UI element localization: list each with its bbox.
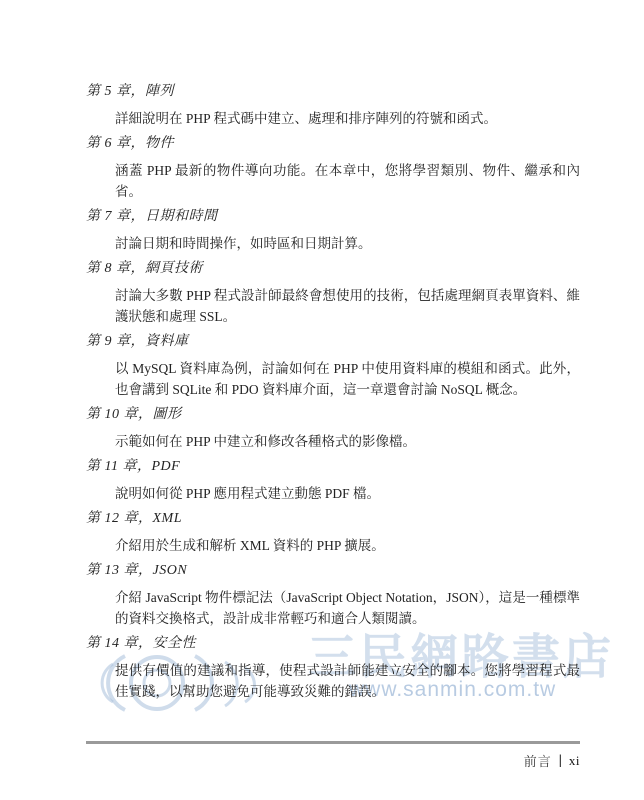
chapter-description: 以 MySQL 資料庫為例，討論如何在 PHP 中使用資料庫的模組和函式。此外，… [115,358,580,400]
chapter-section: 第 12 章，XML 介紹用於生成和解析 XML 資料的 PHP 擴展。 [86,509,580,556]
chapter-heading: 第 7 章，日期和時間 [86,207,580,226]
chapter-heading: 第 14 章，安全性 [86,634,580,653]
chapter-section: 第 8 章，網頁技術 討論大多數 PHP 程式設計師最終會想使用的技術，包括處理… [86,259,580,327]
chapter-section: 第 7 章，日期和時間 討論日期和時間操作，如時區和日期計算。 [86,207,580,254]
chapter-heading: 第 6 章，物件 [86,134,580,153]
chapter-description: 提供有價值的建議和指導，使程式設計師能建立安全的腳本。您將學習程式最佳實踐，以幫… [115,660,580,702]
chapter-description: 詳細說明在 PHP 程式碼中建立、處理和排序陣列的符號和函式。 [115,108,580,129]
chapter-description: 介紹用於生成和解析 XML 資料的 PHP 擴展。 [115,535,580,556]
chapter-description: 示範如何在 PHP 中建立和修改各種格式的影像檔。 [115,431,580,452]
chapter-heading: 第 10 章，圖形 [86,405,580,424]
chapter-heading: 第 11 章，PDF [86,457,580,476]
chapter-heading: 第 5 章，陣列 [86,82,580,101]
chapter-section: 第 5 章，陣列 詳細說明在 PHP 程式碼中建立、處理和排序陣列的符號和函式。 [86,82,580,129]
chapter-description: 討論日期和時間操作，如時區和日期計算。 [115,233,580,254]
book-page: { "chapters": [ { "heading": "第 5 章，陣列",… [0,0,644,800]
chapter-heading: 第 13 章，JSON [86,561,580,580]
chapter-heading: 第 9 章，資料庫 [86,332,580,351]
page-footer: 前言 | xi [524,751,580,770]
chapter-heading: 第 8 章，網頁技術 [86,259,580,278]
chapter-section: 第 14 章，安全性 提供有價值的建議和指導，使程式設計師能建立安全的腳本。您將… [86,634,580,702]
chapter-section: 第 13 章，JSON 介紹 JavaScript 物件標記法（JavaScri… [86,561,580,629]
chapter-section: 第 9 章，資料庫 以 MySQL 資料庫為例，討論如何在 PHP 中使用資料庫… [86,332,580,400]
footer-divider [86,741,580,744]
footer-separator: | [559,753,562,769]
chapter-section: 第 10 章，圖形 示範如何在 PHP 中建立和修改各種格式的影像檔。 [86,405,580,452]
chapter-description: 介紹 JavaScript 物件標記法（JavaScript Object No… [115,587,580,629]
footer-section-label: 前言 [524,751,552,770]
chapter-description: 說明如何從 PHP 應用程式建立動態 PDF 檔。 [115,483,580,504]
footer-page-number: xi [569,753,580,769]
chapter-description: 涵蓋 PHP 最新的物件導向功能。在本章中，您將學習類別、物件、繼承和內省。 [115,160,580,202]
chapter-section: 第 11 章，PDF 說明如何從 PHP 應用程式建立動態 PDF 檔。 [86,457,580,504]
chapter-list: 第 5 章，陣列 詳細說明在 PHP 程式碼中建立、處理和排序陣列的符號和函式。… [86,82,580,707]
chapter-description: 討論大多數 PHP 程式設計師最終會想使用的技術，包括處理網頁表單資料、維護狀態… [115,285,580,327]
chapter-heading: 第 12 章，XML [86,509,580,528]
chapter-section: 第 6 章，物件 涵蓋 PHP 最新的物件導向功能。在本章中，您將學習類別、物件… [86,134,580,202]
